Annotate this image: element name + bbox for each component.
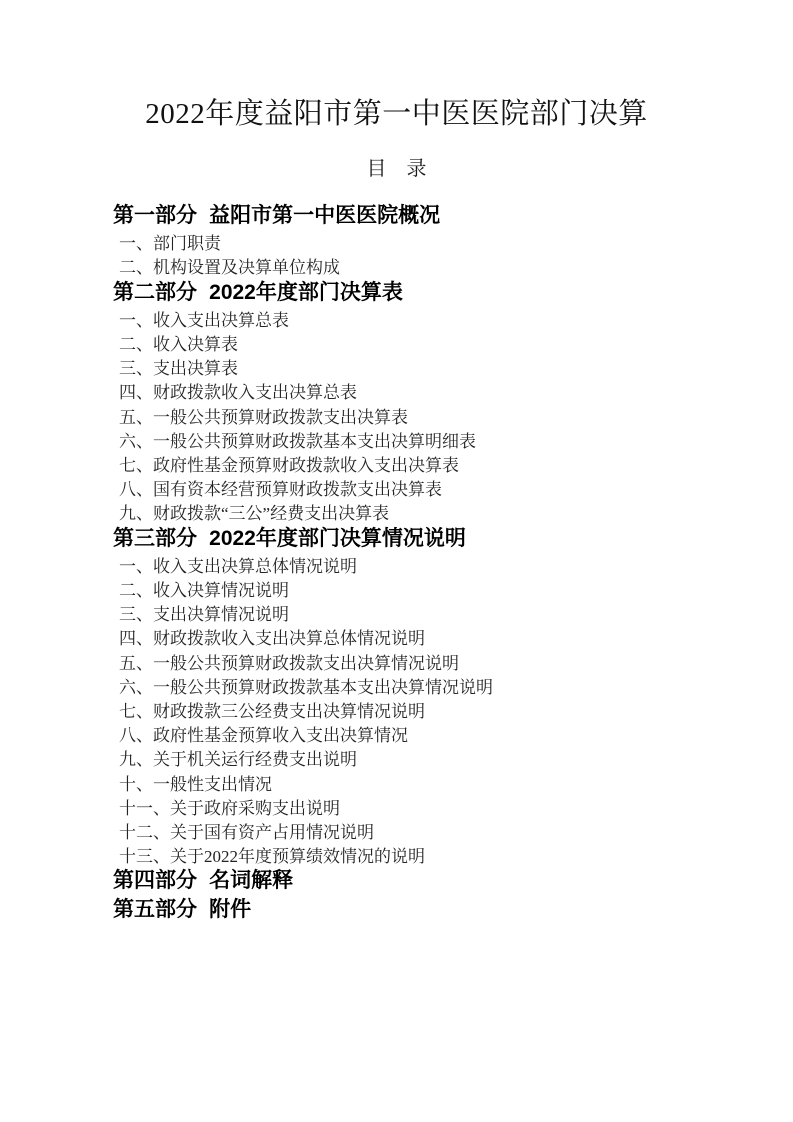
toc-item: 七、财政拨款三公经费支出决算情况说明 (113, 700, 713, 724)
toc-item: 十一、关于政府采购支出说明 (113, 797, 713, 821)
toc-item: 七、政府性基金预算财政拨款收入支出决算表 (113, 454, 713, 478)
toc-item: 三、支出决算情况说明 (113, 603, 713, 627)
toc-item: 二、收入决算情况说明 (113, 579, 713, 603)
toc-item: 六、一般公共预算财政拨款基本支出决算情况说明 (113, 676, 713, 700)
toc-item: 二、收入决算表 (113, 333, 713, 357)
document-page: 2022年度益阳市第一中医医院部门决算 目 录 第一部分 益阳市第一中医医院概况… (0, 0, 793, 1122)
toc-section-heading: 第五部分 附件 (113, 898, 713, 922)
toc-section-heading: 第二部分 2022年度部门决算表 (113, 281, 713, 305)
toc-label: 目 录 (0, 156, 793, 182)
toc-item: 一、收入支出决算总表 (113, 309, 713, 333)
toc-item: 二、机构设置及决算单位构成 (113, 256, 713, 280)
toc-item: 十二、关于国有资产占用情况说明 (113, 821, 713, 845)
toc-section-heading: 第四部分 名词解释 (113, 869, 713, 893)
toc-item: 六、一般公共预算财政拨款基本支出决算明细表 (113, 430, 713, 454)
toc-item: 五、一般公共预算财政拨款支出决算表 (113, 406, 713, 430)
toc-item: 四、财政拨款收入支出决算总表 (113, 381, 713, 405)
toc-item: 三、支出决算表 (113, 357, 713, 381)
toc-section-heading: 第一部分 益阳市第一中医医院概况 (113, 204, 713, 228)
toc-item: 八、政府性基金预算收入支出决算情况 (113, 724, 713, 748)
toc-item: 十、一般性支出情况 (113, 773, 713, 797)
toc-item: 八、国有资本经营预算财政拨款支出决算表 (113, 478, 713, 502)
toc-item: 十三、关于2022年度预算绩效情况的说明 (113, 845, 713, 869)
toc-item: 一、部门职责 (113, 232, 713, 256)
toc-item: 九、关于机关运行经费支出说明 (113, 748, 713, 772)
document-title: 2022年度益阳市第一中医医院部门决算 (0, 0, 793, 132)
toc-item: 五、一般公共预算财政拨款支出决算情况说明 (113, 652, 713, 676)
toc-item: 一、收入支出决算总体情况说明 (113, 555, 713, 579)
toc-section-heading: 第三部分 2022年度部门决算情况说明 (113, 527, 713, 551)
table-of-contents: 第一部分 益阳市第一中医医院概况 一、部门职责 二、机构设置及决算单位构成 第二… (0, 204, 793, 922)
toc-item: 四、财政拨款收入支出决算总体情况说明 (113, 627, 713, 651)
toc-item: 九、财政拨款“三公”经费支出决算表 (113, 502, 713, 526)
